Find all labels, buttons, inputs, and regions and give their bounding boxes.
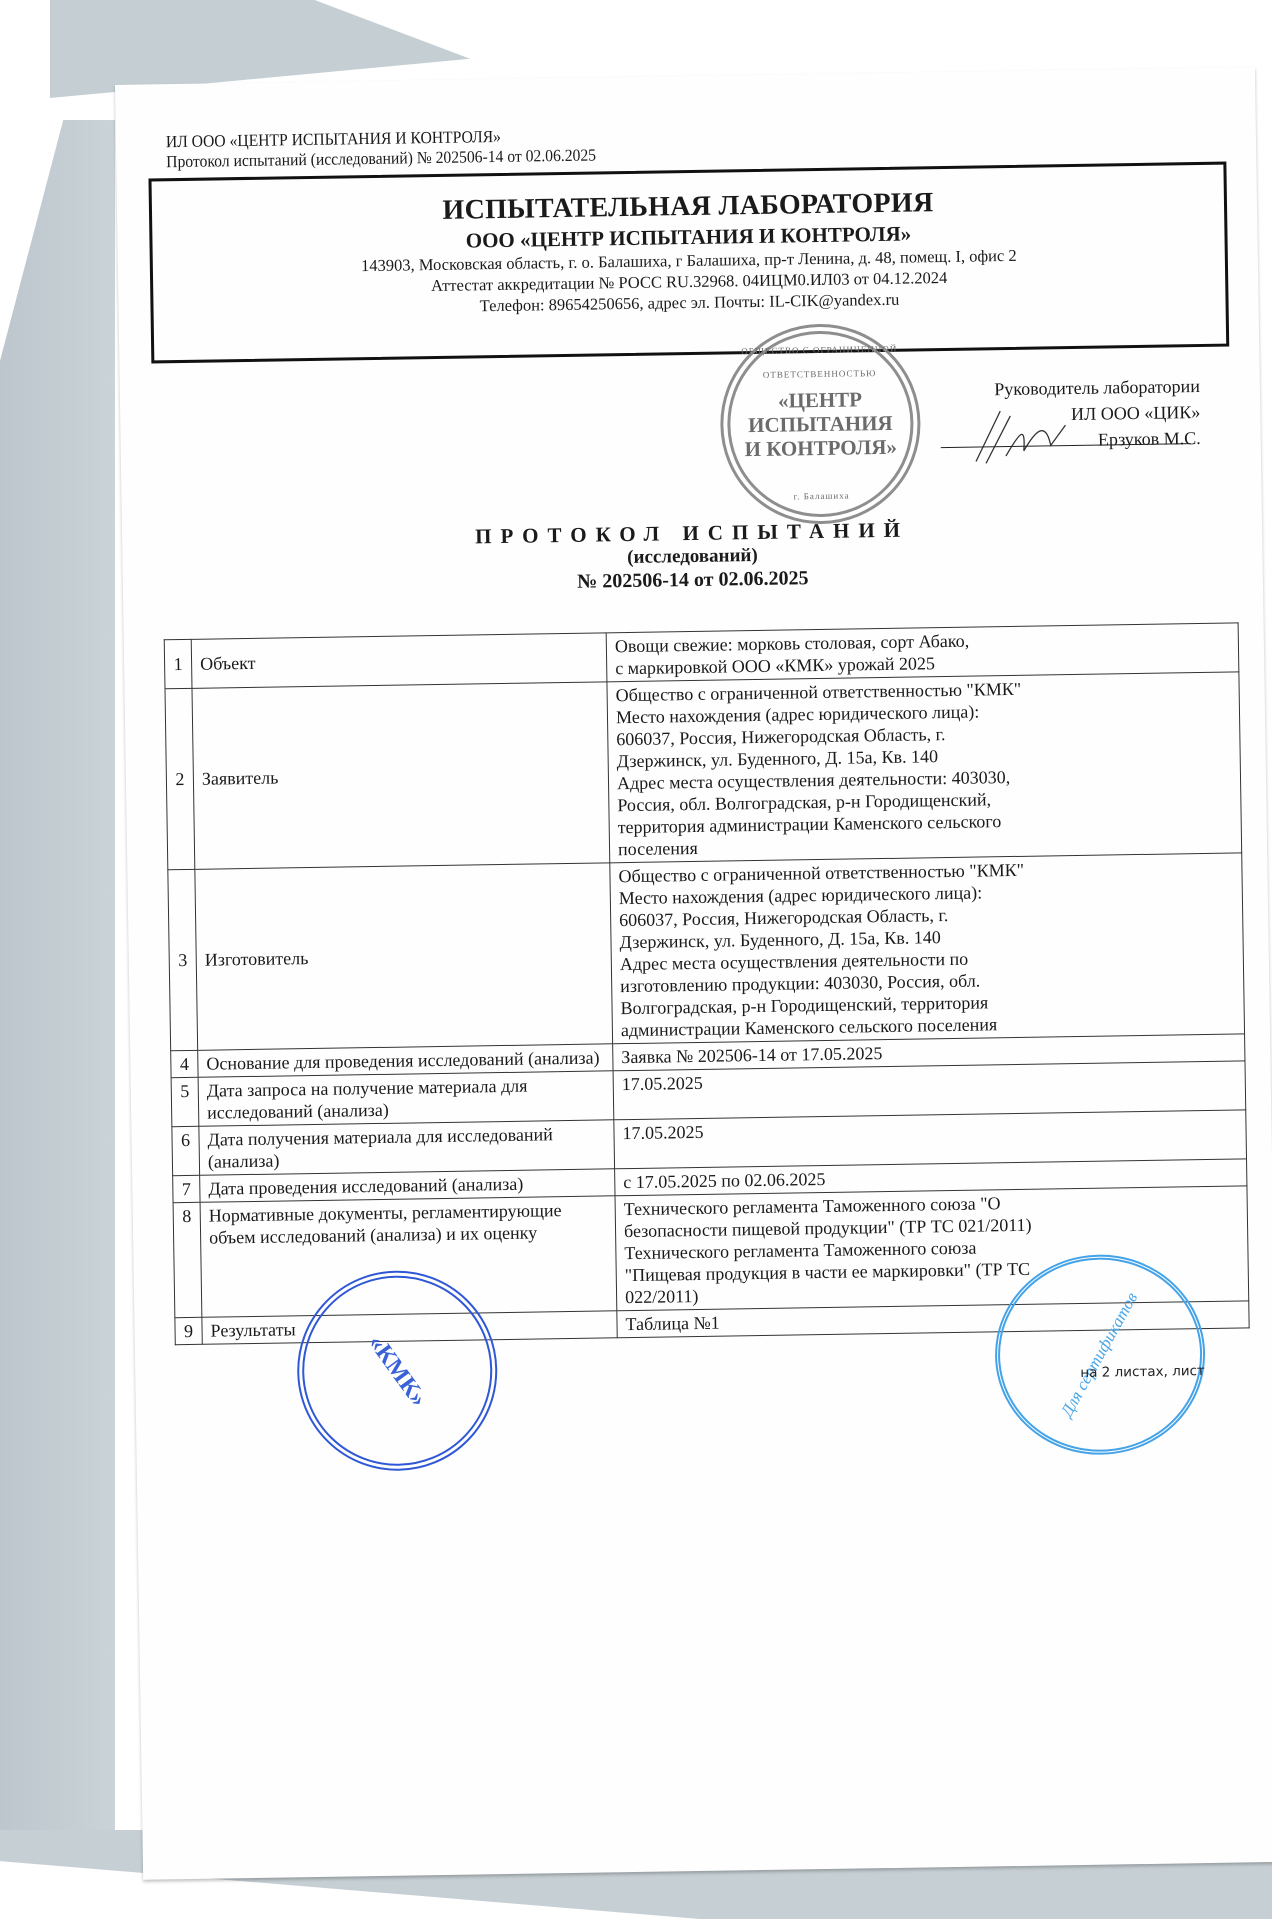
stamp-city: г. Балашиха (793, 484, 849, 509)
certificate-stamp: Для сертификатов (994, 1253, 1207, 1456)
signer-name: Ерзуков М.С. (995, 425, 1201, 454)
row-number: 7 (173, 1175, 200, 1202)
row-value: Общество с ограниченной ответственностью… (607, 672, 1242, 863)
row-label: Дата запроса на получение материала для … (198, 1071, 614, 1127)
row-number: 4 (171, 1050, 198, 1077)
row-number: 3 (168, 869, 198, 1050)
stamp-center-line1: «ЦЕНТР (744, 387, 897, 413)
signer-position: Руководитель лаборатории (994, 373, 1200, 402)
signature-block: Руководитель лаборатории ИЛ ООО «ЦИК» Ер… (994, 373, 1201, 454)
lab-header-box: ИСПЫТАТЕЛЬНАЯ ЛАБОРАТОРИЯ ООО «ЦЕНТР ИСП… (148, 162, 1229, 364)
row-number: 2 (165, 688, 195, 869)
row-label: Заявитель (192, 682, 610, 869)
row-label: Объект (191, 633, 607, 689)
stamp-ring-text: ОБЩЕСТВО С ОГРАНИЧЕННОЙ ОТВЕТСТВЕННОСТЬЮ (729, 337, 910, 388)
stamp-center-line2: ИСПЫТАНИЯ (744, 411, 897, 437)
row-number: 6 (172, 1126, 200, 1175)
row-label: Изготовитель (195, 863, 613, 1050)
row-label: Дата получения материала для исследовани… (199, 1120, 615, 1176)
protocol-title: ПРОТОКОЛ ИСПЫТАНИЙ (исследований) № 2025… (122, 512, 1263, 601)
stamp-center-line3: И КОНТРОЛЯ» (744, 435, 897, 461)
stamp-kmk-center: «КМК» (362, 1330, 432, 1412)
row-number: 5 (171, 1077, 199, 1126)
kmk-company-stamp: «КМК» (296, 1269, 499, 1472)
protocol-info-table: 1 Объект Овощи свежие: морковь столовая,… (164, 622, 1250, 1345)
row-number: 1 (164, 639, 192, 688)
page-count-footer: на 2 листах, лист (1080, 1363, 1205, 1381)
document-page: ИЛ ООО «ЦЕНТР ИСПЫТАНИЯ И КОНТРОЛЯ» Прот… (115, 67, 1272, 1880)
row-number: 8 (173, 1202, 202, 1317)
table-row: 3 Изготовитель Общество с ограниченной о… (168, 853, 1245, 1051)
row-value: Общество с ограниченной ответственностью… (610, 853, 1245, 1044)
row-number: 9 (175, 1317, 202, 1344)
table-row: 2 Заявитель Общество с ограниченной отве… (165, 672, 1242, 870)
background-surface-left (0, 120, 115, 1840)
lab-seal-stamp: «ЦЕНТР ИСПЫТАНИЯ И КОНТРОЛЯ» ОБЩЕСТВО С … (719, 322, 922, 525)
stamp-cert-center: Для сертификатов (1058, 1289, 1143, 1420)
signer-organization: ИЛ ООО «ЦИК» (994, 399, 1200, 428)
